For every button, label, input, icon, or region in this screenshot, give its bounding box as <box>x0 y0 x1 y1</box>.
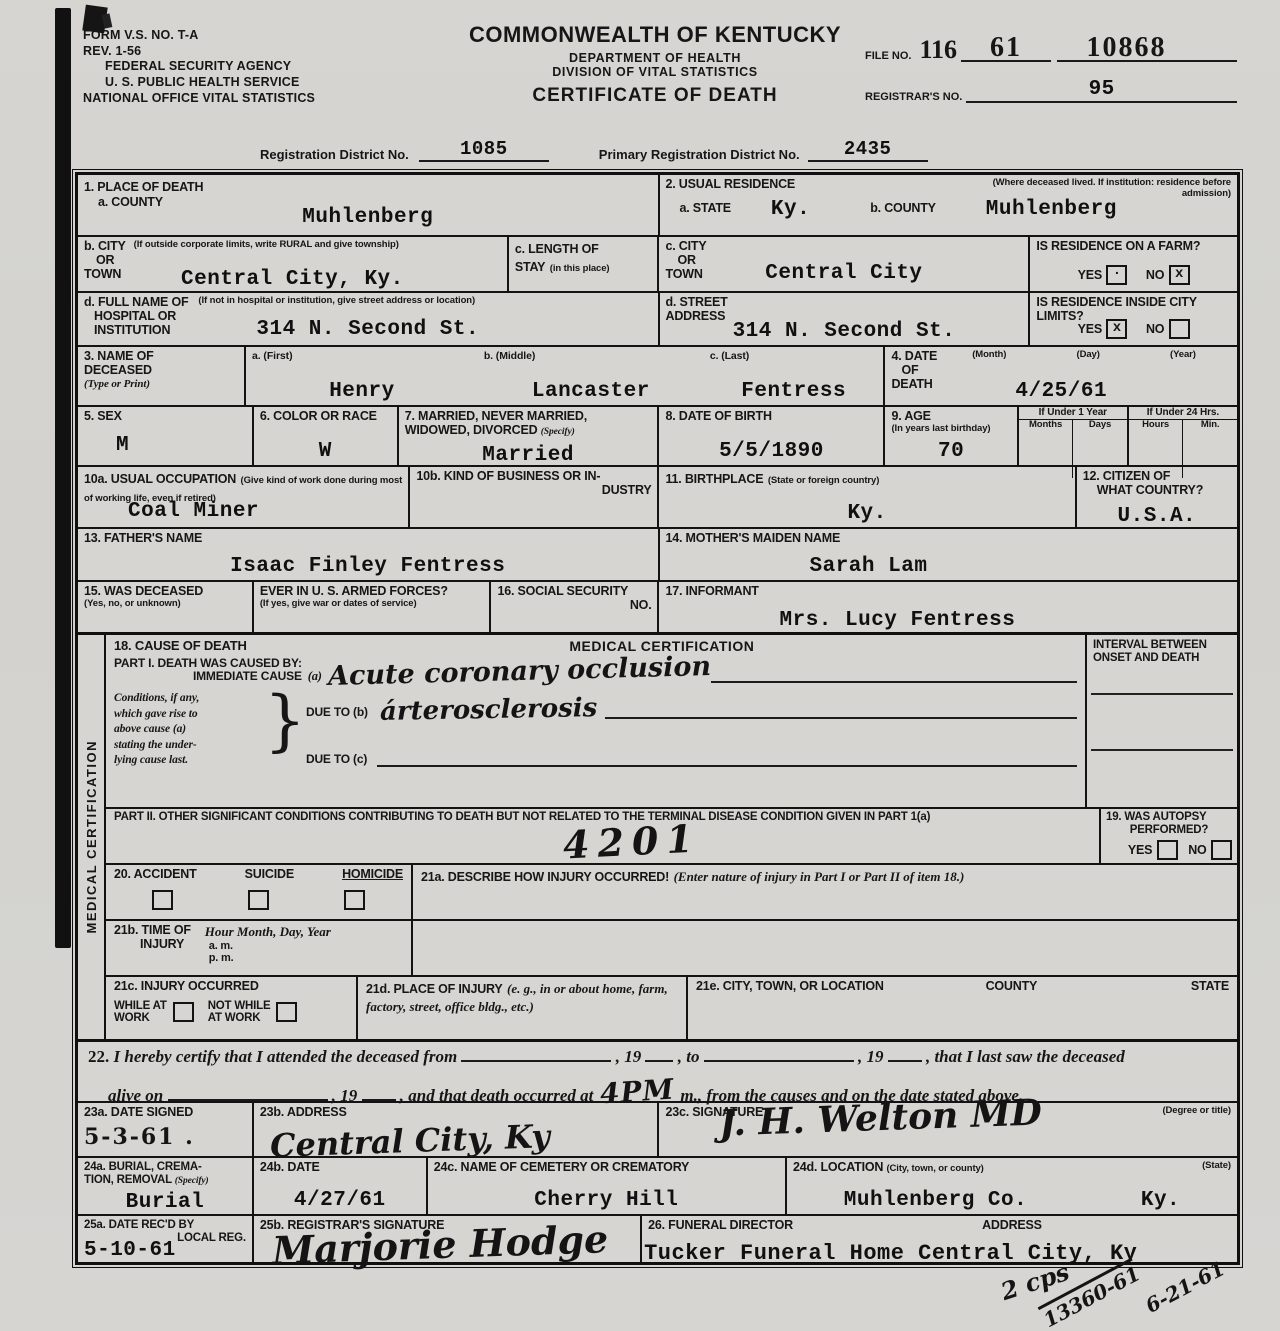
agency-line: FEDERAL SECURITY AGENCY <box>83 59 443 75</box>
file-no-year: 61 <box>961 36 1051 62</box>
death-certificate-form: 1. PLACE OF DEATH a. COUNTY Muhlenberg 2… <box>75 172 1240 1265</box>
homicide-checkbox <box>344 890 365 910</box>
field-burial-date: 24b. DATE 4/27/61 <box>252 1158 426 1214</box>
field-cause-of-death: 18. CAUSE OF DEATH MEDICAL CERTIFICATION… <box>106 635 1237 807</box>
field-part2: PART II. OTHER SIGNIFICANT CONDITIONS CO… <box>106 807 1237 863</box>
file-number-block: FILE NO. 116 61 10868 REGISTRAR'S NO. 95 <box>865 36 1237 103</box>
field-age: 9. AGE (In years last birthday) 70 <box>883 407 1016 465</box>
date-signed-value: 5-3-61 . <box>84 1124 246 1150</box>
brace-glyph: } <box>264 691 306 769</box>
agency-line: U. S. PUBLIC HEALTH SERVICE <box>83 75 443 91</box>
burial-location-value: Muhlenberg Co. <box>844 1189 1027 1212</box>
farm-no-checkbox: x <box>1169 265 1190 285</box>
stay-label: c. LENGTH OF <box>515 242 599 256</box>
primary-district-value: 2435 <box>808 138 928 162</box>
file-no-printed: 116 <box>919 38 957 61</box>
field-occupation: 10a. USUAL OCCUPATION (Give kind of work… <box>78 467 408 527</box>
row-injury-place: 21c. INJURY OCCURRED WHILE AT WORK NOT W… <box>106 975 1237 1039</box>
residence-county-value: Muhlenberg <box>986 198 1117 221</box>
burial-date-value: 4/27/61 <box>254 1189 426 1212</box>
district-line: Registration District No. 1085 Primary R… <box>260 138 1060 162</box>
field-street-address: d. STREET ADDRESS 314 N. Second St. <box>658 293 1029 345</box>
field-interval: INTERVAL BETWEEN ONSET AND DEATH <box>1085 635 1237 807</box>
certificate-title: CERTIFICATE OF DEATH <box>445 85 865 107</box>
part2-value: 4201 <box>562 815 702 867</box>
field-date-signed: 23a. DATE SIGNED 5-3-61 . <box>78 1103 252 1156</box>
field-residence-farm: IS RESIDENCE ON A FARM? YES · NO x <box>1028 237 1237 291</box>
field-certify-statement: 22. I hereby certify that I attended the… <box>78 1039 1237 1101</box>
field-burial-type: 24a. BURIAL, CREMA- TION, REMOVAL (Speci… <box>78 1158 252 1214</box>
reg-district-label: Registration District No. <box>260 147 409 162</box>
field-length-of-stay: c. LENGTH OF STAY (in this place) <box>507 237 658 291</box>
field-signature: 23c. SIGNATURE (Degree or title) J. H. W… <box>657 1103 1237 1156</box>
row-name-dod: 3. NAME OF DECEASED (Type or Print) a. (… <box>78 345 1237 405</box>
field-place-of-death-county: 1. PLACE OF DEATH a. COUNTY Muhlenberg <box>78 175 658 235</box>
city-of-death-value: Central City, Ky. <box>78 268 507 291</box>
registrar-no-label: REGISTRAR'S NO. <box>865 91 962 103</box>
date-of-death-value: 4/25/61 <box>885 380 1236 403</box>
informant-value: Mrs. Lucy Fentress <box>779 609 1015 632</box>
field-race: 6. COLOR OR RACE W <box>252 407 397 465</box>
field-date-of-death: 4. DATE OF DEATH (Month) (Day) (Year) 4/… <box>883 347 1236 405</box>
field-city-limits: IS RESIDENCE INSIDE CITY LIMITS? YES x N… <box>1028 293 1237 345</box>
county-value: Muhlenberg <box>78 206 658 229</box>
field-father: 13. FATHER'S NAME Isaac Finley Fentress <box>78 529 658 580</box>
field-how-injury: 21a. DESCRIBE HOW INJURY OCCURRED! (Ente… <box>411 865 1237 919</box>
autopsy-no-checkbox <box>1211 840 1232 860</box>
row-burial: 24a. BURIAL, CREMA- TION, REMOVAL (Speci… <box>78 1156 1237 1214</box>
field-manner: 20. ACCIDENT SUICIDE HOMICIDE <box>106 865 411 919</box>
form-number: FORM V.S. NO. T-A <box>83 28 443 44</box>
field-time-of-injury: 21b. TIME OF INJURY Hour Month, Day, Yea… <box>106 921 411 975</box>
citizen-value: U.S.A. <box>1077 505 1237 528</box>
street-value: 314 N. Second St. <box>660 320 1029 343</box>
form-id-block: FORM V.S. NO. T-A REV. 1-56 FEDERAL SECU… <box>83 28 443 106</box>
field-residence-city: c. CITY OR TOWN Central City <box>657 237 1028 291</box>
field-first-name: a. (First) Henry <box>246 347 478 405</box>
mother-value: Sarah Lam <box>810 555 928 578</box>
commonwealth-title: COMMONWEALTH OF KENTUCKY <box>445 22 865 48</box>
field-registrar-signature: 25b. REGISTRAR'S SIGNATURE Marjorie Hodg… <box>252 1216 640 1262</box>
burial-type-value: Burial <box>78 1191 252 1214</box>
residence-county-label: b. COUNTY <box>870 202 936 221</box>
row-parents: 13. FATHER'S NAME Isaac Finley Fentress … <box>78 527 1237 580</box>
sex-value: M <box>116 434 129 457</box>
title-block: COMMONWEALTH OF KENTUCKY DEPARTMENT OF H… <box>445 22 865 107</box>
row-accident-injury: 20. ACCIDENT SUICIDE HOMICIDE 21a. DESCR… <box>106 863 1237 919</box>
usual-residence-title: 2. USUAL RESIDENCE <box>666 178 796 200</box>
usual-residence-note: (Where deceased lived. If institution: r… <box>961 178 1231 200</box>
field-burial-location: 24d. LOCATION (City, town, or county) (S… <box>785 1158 1237 1214</box>
row-occupation: 10a. USUAL OCCUPATION (Give kind of work… <box>78 465 1237 527</box>
field-armed-forces: EVER IN U. S. ARMED FORCES? (If yes, giv… <box>252 582 490 632</box>
autopsy-yes-checkbox <box>1157 840 1178 860</box>
middle-name-value: Lancaster <box>478 380 704 403</box>
row-service-informant: 15. WAS DECEASED (Yes, no, or unknown) E… <box>78 580 1237 632</box>
field-time-blank <box>411 921 1237 975</box>
medical-certification-block: MEDICAL CERTIFICATION 18. CAUSE OF DEATH… <box>78 632 1237 1039</box>
date-received-value: 5-10-61 <box>84 1239 176 1262</box>
field-date-of-birth: 8. DATE OF BIRTH 5/5/1890 <box>657 407 883 465</box>
field-date-received: 25a. DATE REC'D BY LOCAL REG. 5-10-61 <box>78 1216 252 1262</box>
medical-certification-sidebar: MEDICAL CERTIFICATION <box>78 635 106 1039</box>
row-hospital-street: d. FULL NAME OF HOSPITAL OR INSTITUTION … <box>78 291 1237 345</box>
field-under-1-year: If Under 1 Year Months Days <box>1017 407 1127 465</box>
due-to-b-value: árterosclerosis <box>380 693 598 727</box>
birthplace-value: Ky. <box>659 502 1074 525</box>
burial-state-value: Ky. <box>1141 1189 1180 1212</box>
last-name-value: Fentress <box>704 380 884 403</box>
farm-yes-checkbox: · <box>1106 265 1127 285</box>
field-was-deceased: 15. WAS DECEASED (Yes, no, or unknown) <box>78 582 252 632</box>
field-city-of-death: b. CITY OR TOWN (If outside corporate li… <box>78 237 507 291</box>
field-hospital: d. FULL NAME OF HOSPITAL OR INSTITUTION … <box>78 293 658 345</box>
field-name-label: 3. NAME OF DECEASED (Type or Print) <box>78 347 246 405</box>
agency-line: NATIONAL OFFICE VITAL STATISTICS <box>83 91 443 107</box>
field-middle-name: b. (Middle) Lancaster <box>478 347 704 405</box>
limits-no-checkbox <box>1169 319 1190 339</box>
field-place-of-injury: 21d. PLACE OF INJURY (e. g., in or about… <box>356 977 686 1039</box>
scanned-paper: FORM V.S. NO. T-A REV. 1-56 FEDERAL SECU… <box>0 0 1280 1331</box>
first-name-value: Henry <box>246 380 478 403</box>
filing-annotation: 2 cps 13360-61 6-21-61 <box>990 1253 1250 1327</box>
annotation-date: 6-21-61 <box>1141 1256 1228 1318</box>
immediate-cause-value: Acute coronary occlusion <box>327 651 711 692</box>
reg-district-value: 1085 <box>419 138 549 162</box>
field-last-name: c. (Last) Fentress <box>704 347 884 405</box>
form-revision: REV. 1-56 <box>83 44 443 60</box>
farm-question: IS RESIDENCE ON A FARM? <box>1036 240 1231 254</box>
state-label: a. STATE <box>666 202 731 221</box>
field-informant: 17. INFORMANT Mrs. Lucy Fentress <box>657 582 1237 632</box>
scan-artifact <box>55 8 71 948</box>
suicide-checkbox <box>248 890 269 910</box>
age-value: 70 <box>885 440 1016 463</box>
field-under-24-hrs: If Under 24 Hrs. Hours Min. <box>1127 407 1237 465</box>
field-sex: 5. SEX M <box>78 407 252 465</box>
field-injury-location: 21e. CITY, TOWN, OR LOCATION COUNTY STAT… <box>686 977 1237 1039</box>
field-business: 10b. KIND OF BUSINESS OR IN- DUSTRY <box>408 467 657 527</box>
state-value: Ky. <box>771 198 810 221</box>
accident-checkbox <box>152 890 173 910</box>
race-value: W <box>254 440 397 463</box>
father-value: Isaac Finley Fentress <box>78 555 658 578</box>
row-time-of-injury: 21b. TIME OF INJURY Hour Month, Day, Yea… <box>106 919 1237 975</box>
field-marital-status: 7. MARRIED, NEVER MARRIED, WIDOWED, DIVO… <box>397 407 658 465</box>
hospital-value: 314 N. Second St. <box>78 318 658 341</box>
field-birthplace: 11. BIRTHPLACE (State or foreign country… <box>657 467 1074 527</box>
field-injury-occurred: 21c. INJURY OCCURRED WHILE AT WORK NOT W… <box>106 977 356 1039</box>
file-no-serial: 10868 <box>1057 36 1196 62</box>
residence-city-value: Central City <box>659 262 1028 285</box>
primary-district-label: Primary Registration District No. <box>599 147 800 162</box>
while-at-work-checkbox <box>173 1002 194 1022</box>
division-line: DIVISION OF VITAL STATISTICS <box>445 65 865 79</box>
file-no-label: FILE NO. <box>865 50 911 62</box>
cemetery-value: Cherry Hill <box>428 1189 785 1212</box>
row-place-residence: 1. PLACE OF DEATH a. COUNTY Muhlenberg 2… <box>78 175 1237 235</box>
field-signer-address: 23b. ADDRESS Central City, Ky <box>252 1103 658 1156</box>
not-while-at-work-checkbox <box>276 1002 297 1022</box>
field-citizen: 12. CITIZEN OF WHAT COUNTRY? U.S.A. <box>1075 467 1237 527</box>
field-usual-residence: 2. USUAL RESIDENCE (Where deceased lived… <box>658 175 1238 235</box>
occupation-value: Coal Miner <box>128 500 259 523</box>
field-cemetery: 24c. NAME OF CEMETERY OR CREMATORY Cherr… <box>426 1158 785 1214</box>
row-city-farm: b. CITY OR TOWN (If outside corporate li… <box>78 235 1237 291</box>
conditions-note: Conditions, if any, which gave rise to a… <box>114 691 264 769</box>
field-ssn: 16. SOCIAL SECURITY NO. <box>489 582 657 632</box>
row-vitals: 5. SEX M 6. COLOR OR RACE W 7. MARRIED, … <box>78 405 1237 465</box>
registrar-no-value: 95 <box>966 78 1237 103</box>
row-signed: 23a. DATE SIGNED 5-3-61 . 23b. ADDRESS C… <box>78 1101 1237 1156</box>
certificate-header: FORM V.S. NO. T-A REV. 1-56 FEDERAL SECU… <box>75 18 1240 138</box>
limits-yes-checkbox: x <box>1106 319 1127 339</box>
marital-value: Married <box>399 444 658 467</box>
place-of-death-title: 1. PLACE OF DEATH <box>84 180 203 194</box>
stay-note: (in this place) <box>550 263 610 274</box>
field-autopsy: 19. WAS AUTOPSY PERFORMED? YES NO <box>1099 809 1237 863</box>
field-mother: 14. MOTHER'S MAIDEN NAME Sarah Lam <box>658 529 1238 580</box>
department-line: DEPARTMENT OF HEALTH <box>445 51 865 65</box>
dob-value: 5/5/1890 <box>659 440 883 463</box>
